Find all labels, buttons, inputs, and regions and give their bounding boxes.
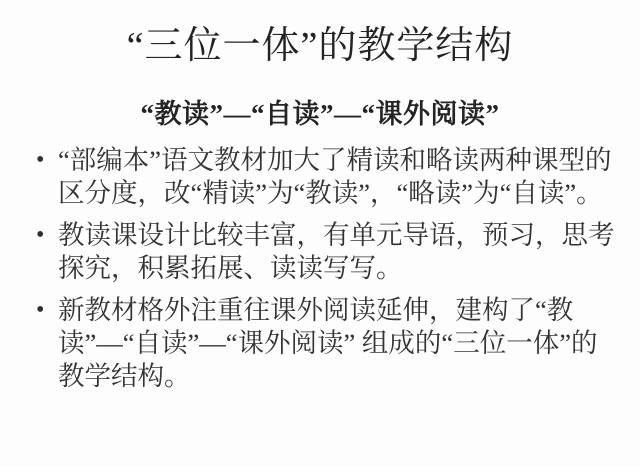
bullet-text: 新教材格外注重往课外阅读延伸，建构了“教读”—“自读”—“课外阅读” 组成的“三… (58, 294, 616, 393)
presentation-slide: “三位一体”的教学结构 “教读”—“自读”—“课外阅读” • “部编本”语文教材… (0, 0, 640, 467)
bullet-text: 教读课设计比较丰富，有单元导语，预习，思考探究，积累拓展、读读写写。 (58, 219, 616, 285)
bullet-marker-icon: • (36, 294, 58, 327)
slide-title: “三位一体”的教学结构 (0, 0, 640, 69)
bullet-list: • “部编本”语文教材加大了精读和略读两种课型的区分度，改“精读”为“教读”，“… (0, 144, 640, 393)
bullet-item: • “部编本”语文教材加大了精读和略读两种课型的区分度，改“精读”为“教读”，“… (36, 144, 616, 210)
slide-subtitle: “教读”—“自读”—“课外阅读” (0, 99, 640, 130)
bullet-text: “部编本”语文教材加大了精读和略读两种课型的区分度，改“精读”为“教读”，“略读… (58, 144, 616, 210)
bullet-item: • 新教材格外注重往课外阅读延伸，建构了“教读”—“自读”—“课外阅读” 组成的… (36, 294, 616, 393)
bullet-marker-icon: • (36, 219, 58, 252)
bullet-item: • 教读课设计比较丰富，有单元导语，预习，思考探究，积累拓展、读读写写。 (36, 219, 616, 285)
bullet-marker-icon: • (36, 144, 58, 177)
